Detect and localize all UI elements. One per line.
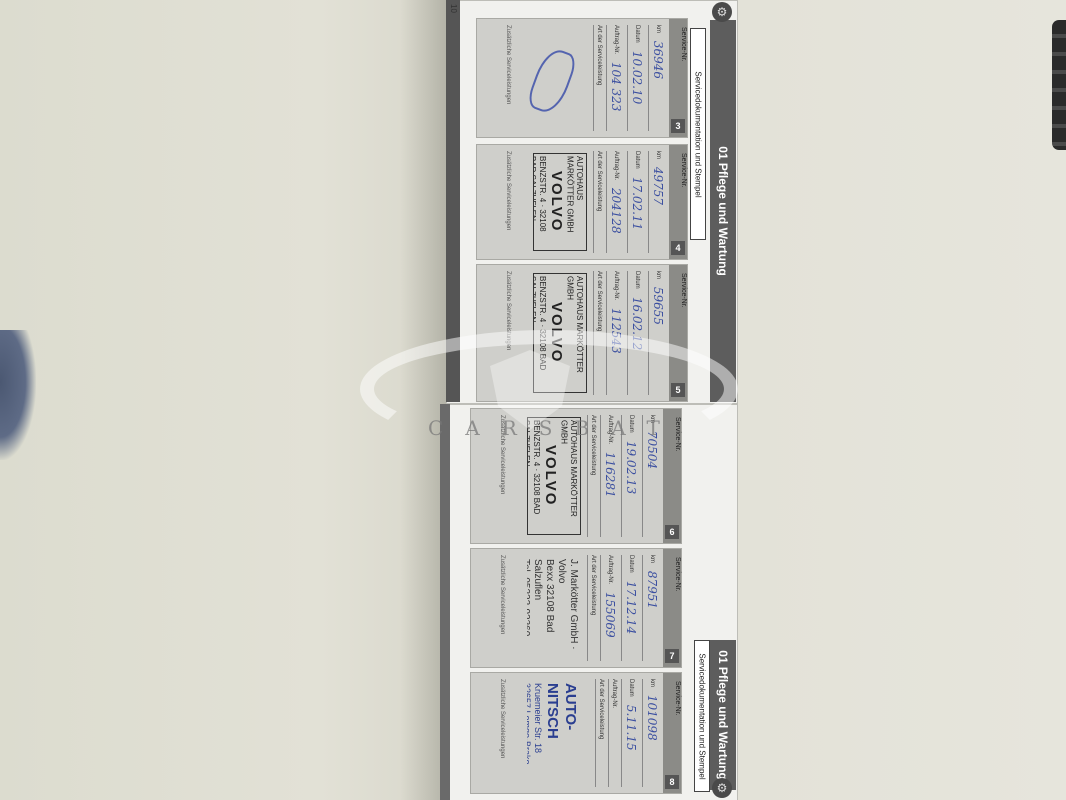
service-fields: km 59655Datum 16.02.12Auftrag-Nr. 112543… bbox=[595, 271, 665, 395]
km-field: km 101098 bbox=[642, 679, 659, 787]
date-field: Datum 5.11.15 bbox=[621, 679, 638, 787]
additional-services-label: Zusätzliche Serviceleistungen bbox=[477, 415, 505, 537]
signature bbox=[525, 45, 579, 117]
service-booklet: 10 01 Pflege und Wartung ⚙ 01 Pflege und… bbox=[440, 0, 740, 800]
service-no-value: 8 bbox=[665, 775, 679, 789]
service-entry: Service-Nr.7km 87951Datum 17.12.14Auftra… bbox=[470, 548, 682, 668]
wrench-icon: ⚙ bbox=[712, 2, 732, 22]
order-no-field: Auftrag-Nr. 104 323 bbox=[606, 25, 623, 131]
km-handwritten: 70504 bbox=[645, 427, 659, 469]
service-fields: km 87951Datum 17.12.14Auftrag-Nr. 155069… bbox=[589, 555, 659, 661]
additional-services-label: Zusätzliche Serviceleistungen bbox=[483, 271, 511, 395]
order-no-field: Auftrag-Nr. 116281 bbox=[600, 415, 617, 537]
service-entry: Service-Nr.5km 59655Datum 16.02.12Auftra… bbox=[476, 264, 688, 402]
wrench-icon: ⚙ bbox=[712, 778, 732, 798]
additional-services-label: Zusätzliche Serviceleistungen bbox=[483, 25, 511, 131]
service-no-value: 6 bbox=[665, 525, 679, 539]
service-type-field: Art der Serviceleistung bbox=[593, 25, 602, 131]
service-number-band: Service-Nr.7 bbox=[663, 549, 681, 667]
km-field: km 70504 bbox=[642, 415, 659, 537]
date-field: Datum 17.02.11 bbox=[627, 151, 644, 253]
order-no-handwritten: 104 323 bbox=[609, 58, 623, 111]
date-handwritten: 17.02.11 bbox=[630, 173, 644, 230]
date-field: Datum 17.12.14 bbox=[621, 555, 638, 661]
service-type-field: Art der Serviceleistung bbox=[593, 271, 602, 395]
order-no-field: Auftrag-Nr. 204128 bbox=[606, 151, 623, 253]
km-field: km 49757 bbox=[648, 151, 665, 253]
service-number-band: Service-Nr.5 bbox=[669, 265, 687, 401]
service-type-field: Art der Serviceleistung bbox=[595, 679, 604, 787]
service-no-value: 5 bbox=[671, 383, 685, 397]
blue-cloth bbox=[0, 330, 36, 460]
order-no-field: Auftrag-Nr. 112543 bbox=[606, 271, 623, 395]
service-no-label: Service-Nr. bbox=[680, 153, 687, 188]
service-no-value: 7 bbox=[665, 649, 679, 663]
workshop-stamp: AUTO-NITSCHKruemeier Str. 1832657 Lemgo-… bbox=[527, 681, 581, 785]
km-handwritten: 36946 bbox=[651, 37, 665, 79]
page-edge bbox=[446, 0, 460, 402]
km-handwritten: 87951 bbox=[645, 567, 659, 609]
section-header: 01 Pflege und Wartung bbox=[710, 20, 736, 402]
date-handwritten: 10.02.10 bbox=[630, 47, 644, 104]
page-edge bbox=[440, 404, 450, 800]
additional-services-label: Zusätzliche Serviceleistungen bbox=[483, 151, 511, 253]
page-number: 10 bbox=[449, 4, 458, 13]
service-type-field: Art der Serviceleistung bbox=[593, 151, 602, 253]
km-field: km 59655 bbox=[648, 271, 665, 395]
service-no-label: Service-Nr. bbox=[674, 557, 681, 592]
order-no-field: Auftrag-Nr. bbox=[608, 679, 617, 787]
date-field: Datum 19.02.13 bbox=[621, 415, 638, 537]
order-no-handwritten: 204128 bbox=[609, 184, 623, 234]
date-field: Datum 10.02.10 bbox=[627, 25, 644, 131]
service-fields: km 70504Datum 19.02.13Auftrag-Nr. 116281… bbox=[589, 415, 659, 537]
workshop-stamp: AUTOHAUS MARKÖTTER GMBHVOLVOBENZSTR. 4 ·… bbox=[533, 273, 587, 393]
additional-services-label: Zusätzliche Serviceleistungen bbox=[477, 555, 505, 661]
order-no-field: Auftrag-Nr. 155069 bbox=[600, 555, 617, 661]
service-entry: Service-Nr.4km 49757Datum 17.02.11Auftra… bbox=[476, 144, 688, 260]
km-handwritten: 49757 bbox=[651, 163, 665, 205]
service-entry: Service-Nr.3km 36946Datum 10.02.10Auftra… bbox=[476, 18, 688, 138]
service-no-label: Service-Nr. bbox=[680, 273, 687, 308]
workshop-stamp: J. Markötter GmbH · VolvoBexx 32108 Bad … bbox=[527, 557, 581, 659]
service-fields: km 101098Datum 5.11.15Auftrag-Nr.Art der… bbox=[589, 679, 659, 787]
order-no-handwritten: 112543 bbox=[609, 304, 623, 354]
workshop-stamp: AUTOHAUS MARKÖTTER GMBHVOLVOBENZSTR. 4 ·… bbox=[527, 417, 581, 535]
service-no-value: 3 bbox=[671, 119, 685, 133]
section-subtitle: Servicedokumentation und Stempel bbox=[690, 28, 706, 240]
service-entry: Service-Nr.6km 70504Datum 19.02.13Auftra… bbox=[470, 408, 682, 544]
date-handwritten: 5.11.15 bbox=[624, 701, 638, 751]
service-fields: km 36946Datum 10.02.10Auftrag-Nr. 104 32… bbox=[595, 25, 665, 131]
order-no-handwritten: 155069 bbox=[603, 588, 617, 638]
date-field: Datum 16.02.12 bbox=[627, 271, 644, 395]
section-subtitle: Servicedokumentation und Stempel bbox=[694, 640, 710, 792]
service-no-value: 4 bbox=[671, 241, 685, 255]
km-field: km 36946 bbox=[648, 25, 665, 131]
service-no-label: Service-Nr. bbox=[680, 27, 687, 62]
service-number-band: Service-Nr.4 bbox=[669, 145, 687, 259]
km-field: km 87951 bbox=[642, 555, 659, 661]
service-no-label: Service-Nr. bbox=[674, 417, 681, 452]
km-handwritten: 59655 bbox=[651, 283, 665, 325]
section-header: 01 Pflege und Wartung bbox=[710, 640, 736, 790]
date-handwritten: 17.12.14 bbox=[624, 577, 638, 634]
workshop-stamp: AUTOHAUS MARKÖTTER GMBHVOLVOBENZSTR. 4 ·… bbox=[533, 153, 587, 251]
km-handwritten: 101098 bbox=[645, 691, 659, 741]
additional-services-label: Zusätzliche Serviceleistungen bbox=[477, 679, 505, 787]
order-no-handwritten: 116281 bbox=[603, 448, 617, 498]
date-handwritten: 19.02.13 bbox=[624, 437, 638, 494]
service-type-field: Art der Serviceleistung bbox=[587, 555, 596, 661]
service-type-field: Art der Serviceleistung bbox=[587, 415, 596, 537]
service-number-band: Service-Nr.6 bbox=[663, 409, 681, 543]
service-fields: km 49757Datum 17.02.11Auftrag-Nr. 204128… bbox=[595, 151, 665, 253]
service-no-label: Service-Nr. bbox=[674, 681, 681, 716]
date-handwritten: 16.02.12 bbox=[630, 293, 644, 350]
service-number-band: Service-Nr.3 bbox=[669, 19, 687, 137]
service-entry: Service-Nr.8km 101098Datum 5.11.15Auftra… bbox=[470, 672, 682, 794]
service-number-band: Service-Nr.8 bbox=[663, 673, 681, 793]
black-cord bbox=[1052, 20, 1066, 150]
